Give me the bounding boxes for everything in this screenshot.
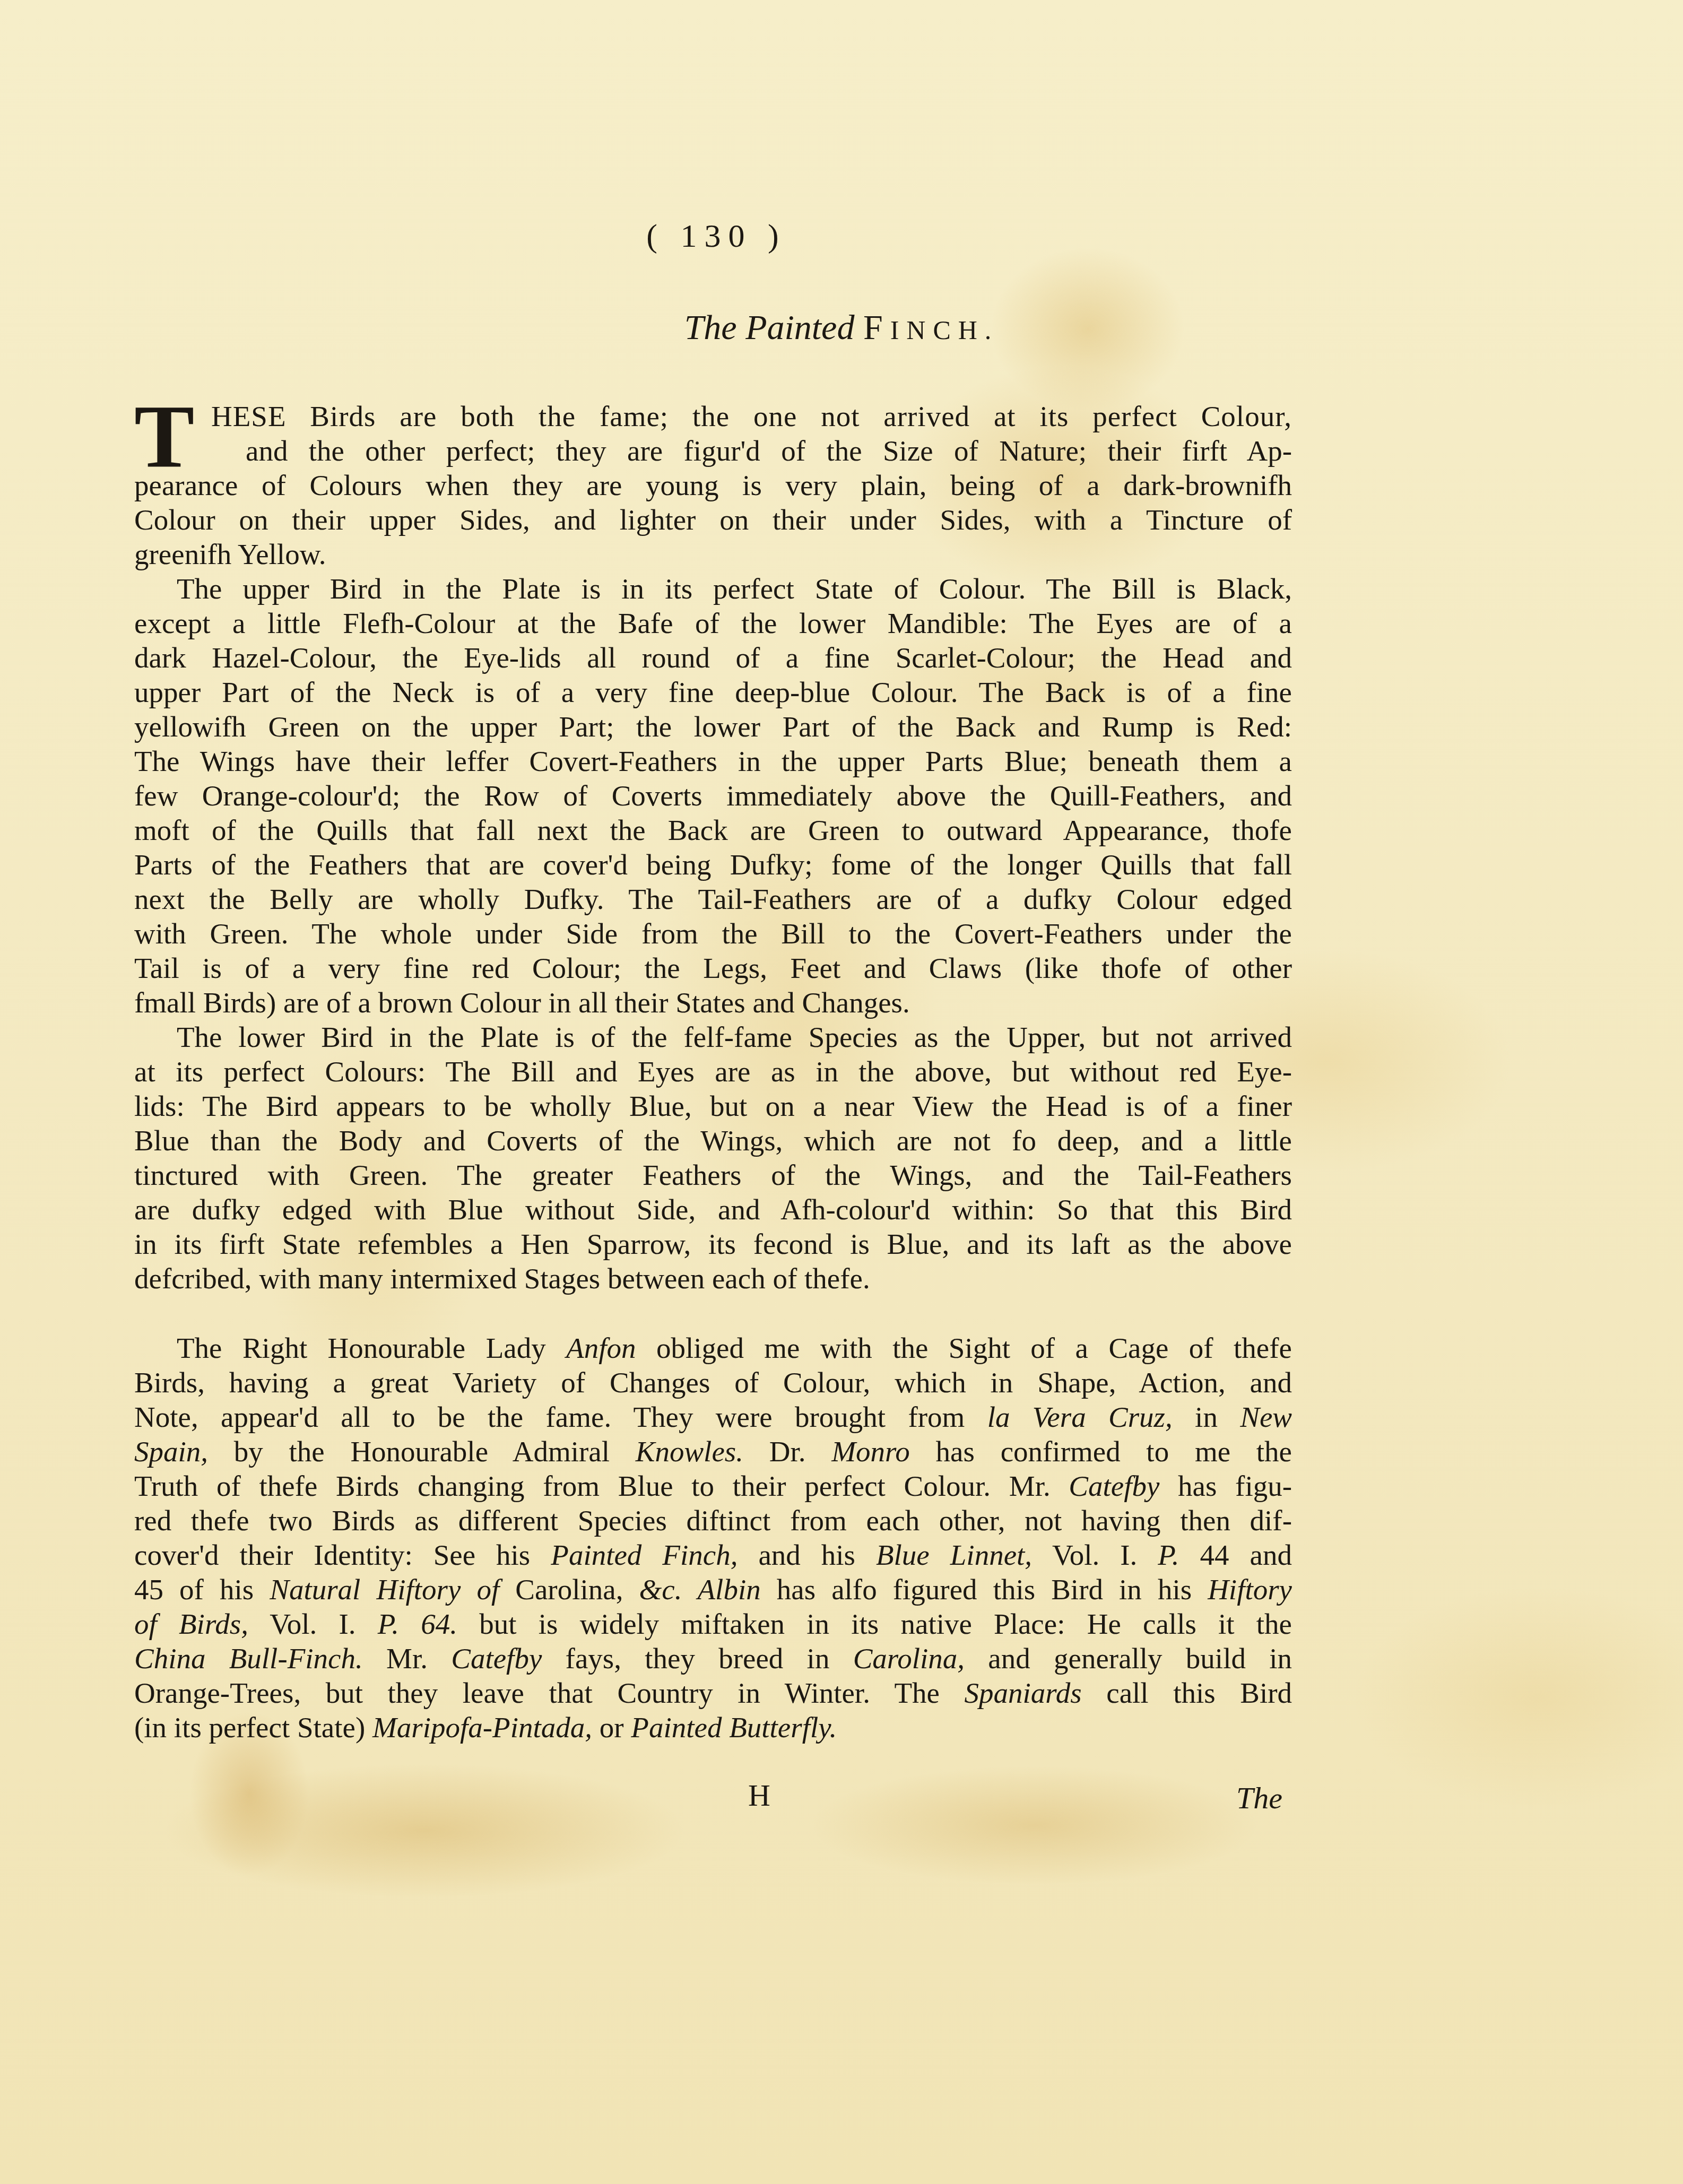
text-run: by the Honourable Admiral xyxy=(208,1435,636,1468)
text-line: with Green. The whole under Side from th… xyxy=(134,916,1292,951)
book-page: ( 130 ) The Painted FINCH. T HESE Birds … xyxy=(0,0,1683,2184)
text-line: Tail is of a very fine red Colour; the L… xyxy=(134,951,1292,985)
paragraph-1: HESE Birds are both the fame; the one no… xyxy=(134,399,1292,571)
text-line: The Right Honourable Lady Anfon obliged … xyxy=(134,1331,1292,1365)
title-smallcaps-part: FINCH. xyxy=(863,308,999,347)
text-run: cover'd their Identity: See his xyxy=(134,1539,551,1571)
text-line: moft of the Quills that fall next the Ba… xyxy=(134,813,1292,847)
text-line: Note, appear'd all to be the fame. They … xyxy=(134,1400,1292,1434)
italic-text: New xyxy=(1240,1401,1292,1433)
italic-text: Carolina, xyxy=(853,1642,965,1675)
text-line: tinctured with Green. The greater Feathe… xyxy=(134,1158,1292,1192)
italic-text: Monro xyxy=(831,1435,910,1468)
text-run: or xyxy=(592,1711,631,1744)
text-run: The Right Honourable Lady xyxy=(177,1332,566,1364)
italic-text: Hiftory xyxy=(1208,1573,1292,1606)
text-line: Birds, having a great Variety of Changes… xyxy=(134,1365,1292,1400)
text-line: Blue than the Body and Coverts of the Wi… xyxy=(134,1123,1292,1158)
text-line: except a little Flefh-Colour at the Bafe… xyxy=(134,606,1292,640)
chapter-title: The Painted FINCH. xyxy=(318,308,1365,348)
italic-text: Catefby xyxy=(451,1642,542,1675)
text-line: are dufky edged with Blue without Side, … xyxy=(134,1192,1292,1227)
italic-text: la Vera Cruz, xyxy=(987,1401,1173,1433)
text-run: Vol. I. xyxy=(248,1608,378,1640)
text-line: dark Hazel-Colour, the Eye-lids all roun… xyxy=(134,640,1292,675)
text-run: Truth of thefe Birds changing from Blue … xyxy=(134,1470,1069,1502)
italic-text: Blue Linnet, xyxy=(876,1539,1032,1571)
text-line: 45 of his Natural Hiftory of Carolina, &… xyxy=(134,1572,1292,1607)
text-run: 44 and xyxy=(1179,1539,1292,1571)
text-line: defcribed, with many intermixed Stages b… xyxy=(134,1261,1292,1296)
signature-mark: H xyxy=(748,1778,770,1813)
text-line: in its firft State refembles a Hen Sparr… xyxy=(134,1227,1292,1261)
text-run: but is widely miftaken in its native Pla… xyxy=(457,1608,1292,1640)
text-run: (in its perfect State) xyxy=(134,1711,372,1744)
text-line: Orange-Trees, but they leave that Countr… xyxy=(134,1676,1292,1710)
text-line: of Birds, Vol. I. P. 64. but is widely m… xyxy=(134,1607,1292,1641)
text-line: (in its perfect State) Maripofa-Pintada,… xyxy=(134,1710,1292,1745)
text-run: and his xyxy=(738,1539,876,1571)
page-number: ( 130 ) xyxy=(637,218,796,255)
text-line: yellowifh Green on the upper Part; the l… xyxy=(134,709,1292,744)
text-line: at its perfect Colours: The Bill and Eye… xyxy=(134,1054,1292,1089)
title-italic-part: The Painted xyxy=(684,308,855,347)
text-line: Truth of thefe Birds changing from Blue … xyxy=(134,1469,1292,1503)
italic-text: Maripofa-Pintada, xyxy=(372,1711,592,1744)
italic-text: Anfon xyxy=(566,1332,636,1364)
italic-text: China Bull-Finch. xyxy=(134,1642,363,1675)
italic-text: Painted Finch, xyxy=(551,1539,738,1571)
italic-text: Knowles. xyxy=(636,1435,743,1468)
text-run: has alfo figured this Bird in his xyxy=(761,1573,1208,1606)
italic-text: Spain, xyxy=(134,1435,208,1468)
text-line: upper Part of the Neck is of a very fine… xyxy=(134,675,1292,709)
paragraph-2: The upper Bird in the Plate is in its pe… xyxy=(134,571,1292,1020)
text-run: Carolina, xyxy=(499,1573,639,1606)
title-cap-letter: F xyxy=(863,308,890,347)
text-run: has confirmed to me the xyxy=(910,1435,1292,1468)
text-line: and the other perfect; they are figur'd … xyxy=(134,434,1292,468)
text-run: call this Bird xyxy=(1082,1677,1292,1709)
italic-text: Catefby xyxy=(1069,1470,1159,1502)
italic-text: &c. Albin xyxy=(639,1573,761,1606)
text-run: Orange-Trees, but they leave that Countr… xyxy=(134,1677,965,1709)
italic-text: P. xyxy=(1158,1539,1179,1571)
text-line: China Bull-Finch. Mr. Catefby fays, they… xyxy=(134,1641,1292,1676)
text-line: cover'd their Identity: See his Painted … xyxy=(134,1538,1292,1572)
text-line: The lower Bird in the Plate is of the fe… xyxy=(134,1020,1292,1054)
italic-text: Painted Butterfly. xyxy=(631,1711,837,1744)
text-line: few Orange-colour'd; the Row of Coverts … xyxy=(134,778,1292,813)
text-run: and generally build in xyxy=(965,1642,1292,1675)
text-line: greenifh Yellow. xyxy=(134,537,1292,571)
italic-text: Spaniards xyxy=(965,1677,1082,1709)
text-line: next the Belly are wholly Dufky. The Tai… xyxy=(134,882,1292,916)
italic-text: Natural Hiftory of xyxy=(270,1573,499,1606)
text-run: in xyxy=(1173,1401,1240,1433)
italic-text: P. 64. xyxy=(378,1608,457,1640)
text-line: HESE Birds are both the fame; the one no… xyxy=(134,399,1292,434)
text-line: fmall Birds) are of a brown Colour in al… xyxy=(134,985,1292,1020)
text-line: red thefe two Birds as different Species… xyxy=(134,1503,1292,1538)
catchword: The xyxy=(1236,1780,1282,1816)
text-run: red thefe two Birds as different Species… xyxy=(134,1504,1292,1537)
text-line: pearance of Colours when they are young … xyxy=(134,468,1292,502)
text-run: fays, they breed in xyxy=(542,1642,853,1675)
text-run: Birds, having a great Variety of Changes… xyxy=(134,1366,1292,1399)
italic-text: of Birds, xyxy=(134,1608,248,1640)
text-run: Mr. xyxy=(363,1642,451,1675)
paragraph-4: The Right Honourable Lady Anfon obliged … xyxy=(134,1331,1292,1745)
text-line: Colour on their upper Sides, and lighter… xyxy=(134,502,1292,537)
text-line: lids: The Bird appears to be wholly Blue… xyxy=(134,1089,1292,1123)
text-run: has figu- xyxy=(1159,1470,1292,1502)
text-line: Parts of the Feathers that are cover'd b… xyxy=(134,847,1292,882)
text-line: The Wings have their leffer Covert-Feath… xyxy=(134,744,1292,778)
text-run: obliged me with the Sight of a Cage of t… xyxy=(636,1332,1292,1364)
text-run: Dr. xyxy=(743,1435,831,1468)
paragraph-3: The lower Bird in the Plate is of the fe… xyxy=(134,1020,1292,1296)
title-small-caps: INCH. xyxy=(890,315,999,345)
text-line: The upper Bird in the Plate is in its pe… xyxy=(134,571,1292,606)
text-run: Note, appear'd all to be the fame. They … xyxy=(134,1401,987,1433)
text-run: Vol. I. xyxy=(1032,1539,1158,1571)
text-run: 45 of his xyxy=(134,1573,270,1606)
text-line: Spain, by the Honourable Admiral Knowles… xyxy=(134,1434,1292,1469)
